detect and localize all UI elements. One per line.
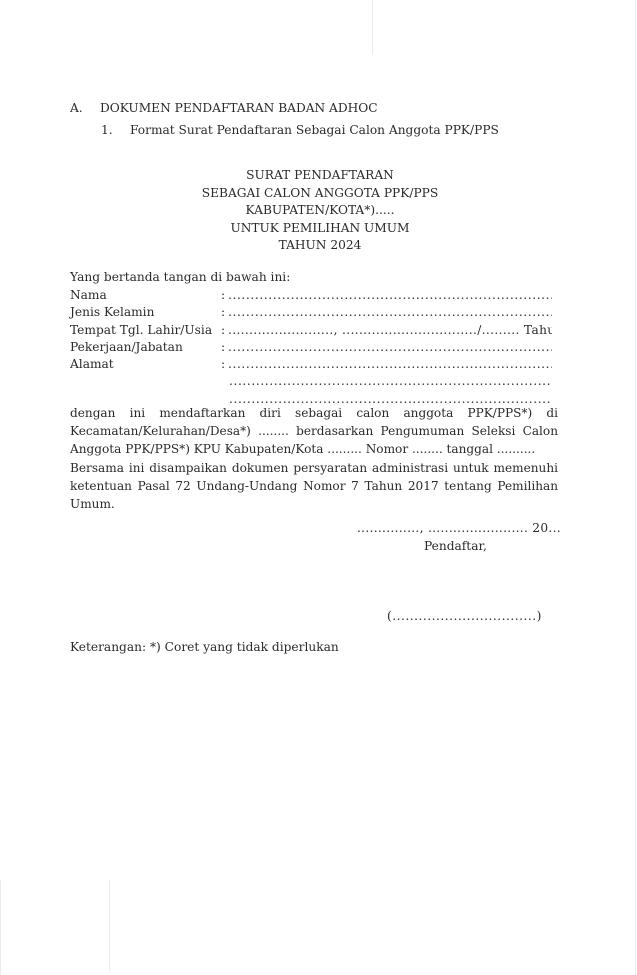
form-row-jenis-kelamin: Jenis Kelamin : ........................… — [70, 304, 552, 321]
nama-field[interactable]: ........................................… — [228, 287, 552, 304]
field-colon: : — [221, 339, 225, 356]
section-title: DOKUMEN PENDAFTARAN BADAN ADHOC — [100, 101, 378, 115]
signature-place-date: ..............., .......................… — [357, 521, 561, 535]
field-label: Alamat — [70, 356, 114, 373]
form-row-tempat-tgl-lahir: Tempat Tgl. Lahir/Usia : ...............… — [70, 322, 552, 339]
letter-title-line: SEBAGAI CALON ANGGOTA PPK/PPS — [180, 185, 460, 203]
body-line: dengan ini mendaftarkan diri sebagai cal… — [70, 404, 558, 422]
alamat-field-line-2[interactable]: ........................................… — [229, 373, 552, 390]
body-paragraph: Bersama ini disampaikan dokumen persyara… — [70, 459, 558, 514]
letter-title-line: UNTUK PEMILIHAN UMUM — [180, 220, 460, 238]
letter-title-line: SURAT PENDAFTARAN — [180, 167, 460, 185]
item-title: Format Surat Pendaftaran Sebagai Calon A… — [130, 123, 499, 137]
alamat-field[interactable]: ........................................… — [228, 356, 552, 373]
body-line: Anggota PPK/PPS*) KPU Kabupaten/Kota ...… — [70, 440, 558, 458]
letter-title: SURAT PENDAFTARAN SEBAGAI CALON ANGGOTA … — [180, 167, 460, 255]
field-colon: : — [221, 356, 225, 373]
body-line: Kecamatan/Kelurahan/Desa*) ........ berd… — [70, 422, 558, 440]
field-label: Pekerjaan/Jabatan — [70, 339, 183, 356]
scan-artifact-line — [635, 0, 636, 975]
applicant-form: Nama : .................................… — [70, 287, 552, 408]
letter-title-line: TAHUN 2024 — [180, 237, 460, 255]
field-colon: : — [221, 287, 225, 304]
field-colon: : — [221, 322, 225, 339]
field-label: Nama — [70, 287, 107, 304]
scan-artifact-line — [0, 880, 1, 975]
form-intro: Yang bertanda tangan di bawah ini: — [70, 270, 290, 284]
tempat-tgl-lahir-field[interactable]: ........................., .............… — [228, 322, 552, 339]
field-label: Tempat Tgl. Lahir/Usia — [70, 322, 212, 339]
jenis-kelamin-field[interactable]: ........................................… — [228, 304, 552, 321]
form-row-alamat-continued: ........................................… — [70, 373, 552, 390]
declaration-body: dengan ini mendaftarkan diri sebagai cal… — [70, 404, 558, 513]
scan-artifact-line — [372, 0, 373, 55]
form-row-alamat: Alamat : ...............................… — [70, 356, 552, 373]
field-colon: : — [221, 304, 225, 321]
form-row-nama: Nama : .................................… — [70, 287, 552, 304]
item-number: 1. — [101, 123, 113, 137]
signature-name: (.................................) — [387, 609, 542, 623]
footnote: Keterangan: *) Coret yang tidak diperluk… — [70, 640, 339, 654]
pekerjaan-field[interactable]: ........................................… — [228, 339, 552, 356]
section-letter: A. — [70, 101, 83, 115]
field-label: Jenis Kelamin — [70, 304, 154, 321]
form-row-pekerjaan: Pekerjaan/Jabatan : ....................… — [70, 339, 552, 356]
signature-role: Pendaftar, — [424, 539, 487, 553]
letter-title-line: KABUPATEN/KOTA*)..... — [180, 202, 460, 220]
scan-artifact-line — [109, 880, 110, 972]
